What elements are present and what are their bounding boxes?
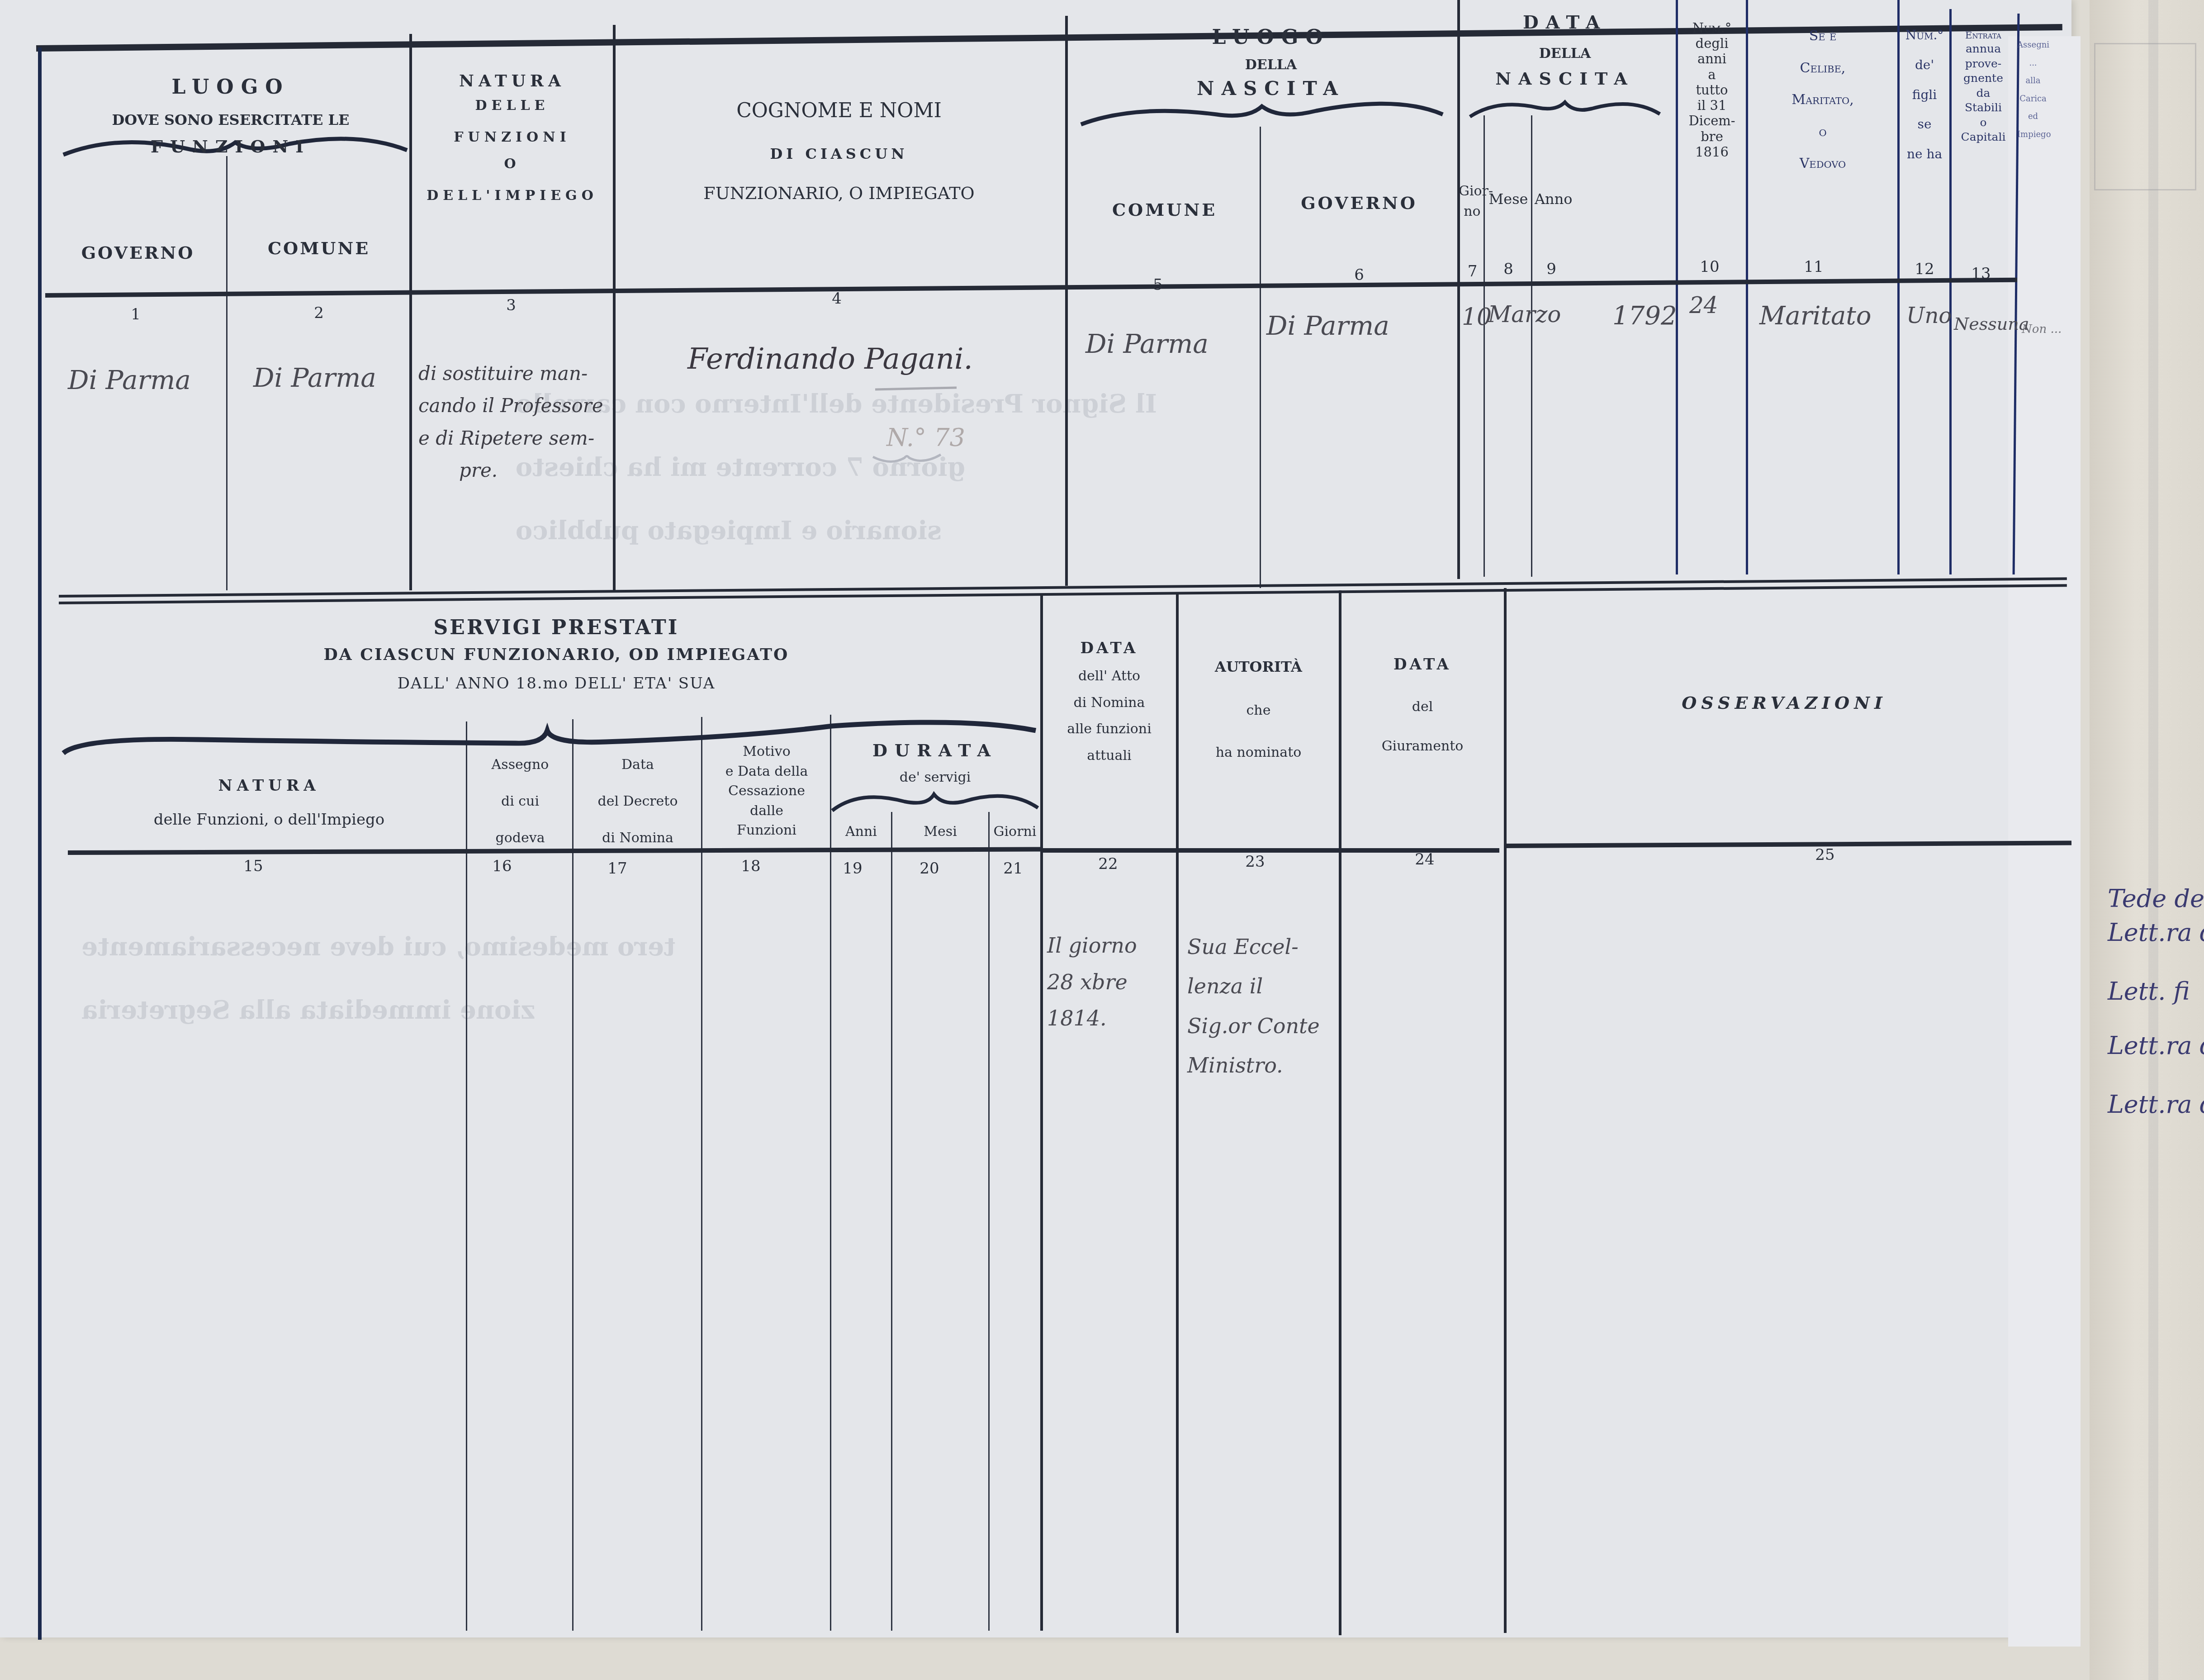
col-number: 24 bbox=[1407, 850, 1443, 868]
subcol-divider bbox=[988, 812, 990, 1631]
header-num-anni: Num.° degli anni a tutto il 31 Dicem- br… bbox=[1678, 20, 1746, 160]
header-line: Assegno bbox=[468, 746, 572, 783]
background-sheet bbox=[2090, 0, 2204, 1680]
header-natura-servigi: NATURA delle Funzioni, o dell'Impiego bbox=[72, 769, 466, 837]
header-line: no bbox=[1459, 201, 1486, 222]
entry-natura-funzioni: di sostituire man- cando il Professore e… bbox=[418, 357, 603, 487]
header-anni: Anni bbox=[831, 823, 891, 840]
col-number: 6 bbox=[1341, 266, 1377, 284]
header-line: Se è bbox=[1748, 20, 1897, 52]
header-line: Motivo bbox=[703, 742, 830, 762]
header-line: Num.° bbox=[1678, 20, 1746, 36]
header-line: dell' Atto bbox=[1043, 663, 1176, 690]
header-autorita: AUTORITÀ che ha nominato bbox=[1178, 645, 1339, 774]
entry-line: pre. bbox=[418, 454, 603, 486]
subcol-divider bbox=[701, 717, 702, 1631]
header-line: alle funzioni bbox=[1043, 716, 1176, 743]
col-number: 7 bbox=[1460, 262, 1485, 280]
header-line: degli bbox=[1678, 36, 1746, 51]
header-line: godeva bbox=[468, 820, 572, 856]
header-line: FUNZIONI bbox=[412, 126, 613, 149]
entry-entrata: Nessuna bbox=[1954, 312, 2029, 336]
header-line: Giuramento bbox=[1341, 726, 1504, 766]
col-divider bbox=[1504, 588, 1507, 1633]
header-line: dalle bbox=[703, 801, 830, 821]
header-line: O bbox=[412, 153, 613, 176]
subcol-divider bbox=[1260, 127, 1261, 588]
header-assegni-partial: Assegni ... alla Carica ed Impiego bbox=[2017, 36, 2049, 144]
header-line: DELLE bbox=[412, 95, 613, 117]
subcol-divider bbox=[466, 721, 467, 1631]
header-line: Celibe, bbox=[1748, 52, 1897, 85]
header-della-data: DELLA bbox=[1461, 45, 1669, 62]
header-line: Assegni bbox=[2017, 36, 2049, 54]
entry-cognome-nomi: Ferdinando Pagani. bbox=[687, 339, 973, 380]
header-line: COGNOME E NOMI bbox=[615, 86, 1063, 136]
col-number: 8 bbox=[1490, 260, 1526, 278]
lower-header-rule bbox=[1506, 840, 2071, 848]
col-number: 21 bbox=[995, 859, 1031, 878]
header-line: 1816 bbox=[1678, 144, 1746, 160]
header-line: Stabili bbox=[1952, 100, 2015, 115]
left-border bbox=[38, 47, 42, 1640]
header-line: ... bbox=[2017, 54, 2049, 72]
header-data-giuramento: DATA del Giuramento bbox=[1341, 642, 1504, 766]
header-line: Dicem- bbox=[1678, 113, 1746, 128]
entry-line: Ministro. bbox=[1187, 1046, 1320, 1085]
header-line: Cessazione bbox=[703, 781, 830, 801]
subcol-divider bbox=[891, 812, 892, 1631]
col-number: 15 bbox=[235, 857, 271, 875]
header-line: di Nomina bbox=[574, 820, 701, 856]
header-line: bre bbox=[1678, 129, 1746, 144]
bleed-through-text: sionario e Impiegato pubblico bbox=[516, 516, 942, 546]
header-stato-civile: Se è Celibe, Maritato, o Vedovo bbox=[1748, 20, 1897, 180]
bleed-through-text: zione immediata alla Segreteria bbox=[81, 995, 536, 1025]
header-osservazioni: OSSERVAZIONI bbox=[1506, 692, 2062, 714]
header-line: Carica bbox=[2017, 90, 2049, 108]
col-divider bbox=[1457, 0, 1460, 579]
col-number: 19 bbox=[834, 859, 871, 878]
header-governo-nascita: GOVERNO bbox=[1262, 192, 1456, 214]
header-luogo: LUOGO bbox=[68, 75, 393, 100]
subcol-divider bbox=[1531, 115, 1532, 577]
header-line: ne ha bbox=[1900, 139, 1949, 169]
col-number: 11 bbox=[1796, 258, 1832, 276]
header-line: gnente bbox=[1952, 71, 2015, 86]
col-number: 18 bbox=[733, 857, 769, 875]
entry-governo-nascita: Di Parma bbox=[1266, 308, 1389, 344]
header-line: AUTORITÀ bbox=[1178, 645, 1339, 689]
entry-autorita: Sua Eccel- lenza il Sig.or Conte Ministr… bbox=[1187, 927, 1320, 1086]
col-number: 4 bbox=[819, 289, 855, 308]
register-form: Il Signor Presidente dell'Interno con ca… bbox=[0, 0, 2071, 1637]
header-line: prove- bbox=[1952, 57, 2015, 71]
col-divider bbox=[1065, 16, 1068, 586]
entry-line: 1814. bbox=[1047, 1000, 1137, 1037]
header-de-servigi: de' servigi bbox=[832, 769, 1038, 786]
col-number: 20 bbox=[911, 859, 948, 878]
section-sub2-servigi: DALL' ANNO 18.mo DELL' ETA' SUA bbox=[72, 674, 1040, 693]
col-number: 12 bbox=[1906, 260, 1943, 278]
margin-note: Lett. fi bbox=[2108, 977, 2190, 1006]
header-line: anni bbox=[1678, 51, 1746, 66]
col-number: 25 bbox=[1807, 846, 1843, 864]
header-line: Data bbox=[574, 746, 701, 783]
header-data: DATA bbox=[1461, 11, 1669, 34]
header-motivo-cessazione: Motivo e Data della Cessazione dalle Fun… bbox=[703, 742, 830, 840]
header-line: Num.° bbox=[1900, 20, 1949, 50]
header-line: de' bbox=[1900, 50, 1949, 80]
header-luogo-sub: DOVE SONO ESERCITATE LE bbox=[68, 111, 393, 129]
ghost-underline bbox=[875, 387, 957, 391]
header-nascita-data: NASCITA bbox=[1461, 68, 1669, 90]
col-number: 16 bbox=[484, 857, 520, 875]
header-line: Maritato, bbox=[1748, 84, 1897, 116]
bleed-through-text: tero medesimo, cui deve necessariamente bbox=[81, 932, 676, 962]
col-number: 22 bbox=[1090, 855, 1126, 873]
brace-data-nascita bbox=[1470, 100, 1660, 120]
header-line: il 31 bbox=[1678, 98, 1746, 113]
header-line: del bbox=[1341, 687, 1504, 726]
entry-eta: 24 bbox=[1689, 289, 1718, 321]
col-number: 9 bbox=[1533, 260, 1569, 278]
header-assegno: Assegno di cui godeva bbox=[468, 746, 572, 856]
col-number: 1 bbox=[118, 305, 154, 323]
entry-anno-nascita: 1792 bbox=[1612, 299, 1677, 334]
entry-data-atto-nomina: Il giorno 28 xbre 1814. bbox=[1047, 927, 1137, 1037]
entry-giorno-nascita: 10 bbox=[1462, 301, 1492, 334]
background-ghost-frame bbox=[2094, 43, 2196, 190]
col-number: 3 bbox=[493, 296, 529, 314]
section-sub-servigi: DA CIASCUN FUNZIONARIO, OD IMPIEGATO bbox=[72, 645, 1040, 665]
entry-record-number: N.° 73 bbox=[886, 421, 965, 455]
header-line: che bbox=[1178, 689, 1339, 731]
header-giorno: Gior- no bbox=[1459, 181, 1486, 222]
header-line: di Nomina bbox=[1043, 690, 1176, 717]
header-line: se bbox=[1900, 109, 1949, 139]
entry-mese-nascita: Marzo bbox=[1488, 299, 1561, 330]
col-number: 2 bbox=[301, 304, 337, 322]
header-line: a bbox=[1678, 67, 1746, 82]
col-number: 13 bbox=[1963, 265, 1999, 283]
header-line: delle Funzioni, o dell'Impiego bbox=[72, 803, 466, 837]
header-comune: COMUNE bbox=[228, 237, 409, 259]
entry-stato-civile: Maritato bbox=[1759, 299, 1872, 334]
header-line: NATURA bbox=[72, 769, 466, 803]
entry-line: di sostituire man- bbox=[418, 357, 603, 389]
col-number: 23 bbox=[1237, 853, 1273, 871]
header-line: e Data della bbox=[703, 762, 830, 782]
header-line: tutto bbox=[1678, 82, 1746, 98]
header-line: o bbox=[1952, 115, 2015, 130]
header-line: o bbox=[1748, 116, 1897, 148]
header-durata: DURATA bbox=[832, 740, 1038, 761]
header-data-atto-nomina: DATA dell' Atto di Nomina alle funzioni … bbox=[1043, 633, 1176, 769]
header-bottom-rule bbox=[45, 278, 2017, 298]
header-line: Vedovo bbox=[1748, 148, 1897, 180]
record-number-flourish bbox=[873, 452, 941, 466]
entry-line: 28 xbre bbox=[1047, 964, 1137, 1001]
entry-comune-nascita: Di Parma bbox=[1085, 326, 1209, 362]
header-anno: Anno bbox=[1532, 190, 1679, 208]
header-line: annua bbox=[1952, 42, 2015, 57]
col-number: 10 bbox=[1692, 258, 1728, 276]
header-natura: NATURA DELLE FUNZIONI O DELL'IMPIEGO bbox=[412, 68, 613, 207]
header-della: DELLA bbox=[1095, 57, 1447, 74]
header-line: Impiego bbox=[2017, 126, 2049, 144]
background-fold bbox=[2148, 0, 2158, 1680]
header-funzioni: FUNZIONI bbox=[68, 136, 393, 157]
brace-luogo-nascita bbox=[1081, 102, 1443, 129]
header-line: FUNZIONARIO, O IMPIEGATO bbox=[615, 172, 1063, 215]
header-line: ed bbox=[2017, 108, 2049, 126]
header-line: di cui bbox=[468, 783, 572, 820]
header-line: DI CIASCUN bbox=[615, 136, 1063, 172]
entry-line: e di Ripetere sem- bbox=[418, 422, 603, 454]
header-mese: Mese bbox=[1486, 190, 1531, 208]
header-line: alla bbox=[2017, 72, 2049, 90]
entry-line: lenza il bbox=[1187, 967, 1320, 1006]
header-line: DATA bbox=[1341, 642, 1504, 687]
subcol-divider bbox=[226, 156, 228, 590]
header-giorni: Giorni bbox=[990, 823, 1040, 840]
header-nascita: NASCITA bbox=[1095, 77, 1447, 101]
entry-line: Sig.or Conte bbox=[1187, 1006, 1320, 1046]
header-line: da bbox=[1952, 86, 2015, 101]
brace-durata bbox=[832, 792, 1038, 814]
margin-note: Lett.ra de bbox=[2108, 918, 2204, 947]
header-line: Funzioni bbox=[703, 821, 830, 840]
header-line: Capitali bbox=[1952, 130, 2015, 145]
col-number: 17 bbox=[599, 859, 635, 878]
header-luogo-nascita: LUOGO bbox=[1095, 25, 1447, 50]
header-line: Gior- bbox=[1459, 181, 1486, 201]
entry-assegni-partial: Non ... bbox=[2022, 321, 2062, 337]
entry-line: Il giorno bbox=[1047, 927, 1137, 964]
header-governo: GOVERNO bbox=[50, 242, 226, 264]
header-comune-nascita: COMUNE bbox=[1070, 199, 1260, 221]
entry-num-figli: Uno bbox=[1906, 301, 1952, 331]
margin-note: Tede del bbox=[2108, 884, 2204, 913]
header-mesi: Mesi bbox=[892, 823, 988, 840]
entry-comune-funzioni: Di Parma bbox=[253, 360, 376, 396]
bleed-through-text: Il Signor Presidente dell'Interno con ca… bbox=[516, 389, 1157, 419]
header-cognome-nomi: COGNOME E NOMI DI CIASCUN FUNZIONARIO, O… bbox=[615, 86, 1063, 215]
header-line: figli bbox=[1900, 80, 1949, 110]
entry-line: Sua Eccel- bbox=[1187, 927, 1320, 967]
header-line: attuali bbox=[1043, 743, 1176, 769]
margin-note: Lett.ra di bbox=[2108, 1090, 2204, 1119]
header-num-figli: Num.° de' figli se ne ha bbox=[1900, 20, 1949, 169]
subcol-divider bbox=[572, 719, 574, 1631]
header-line: del Decreto bbox=[574, 783, 701, 820]
col-number: 5 bbox=[1140, 276, 1176, 294]
header-line: DELL'IMPIEGO bbox=[412, 185, 613, 207]
entry-governo-funzioni: Di Parma bbox=[68, 362, 191, 399]
header-data-decreto: Data del Decreto di Nomina bbox=[574, 746, 701, 856]
header-line: Entrata bbox=[1952, 29, 2015, 42]
entry-line: cando il Professore bbox=[418, 389, 603, 422]
margin-note: Lett.ra de bbox=[2108, 1031, 2204, 1060]
header-line: NATURA bbox=[412, 68, 613, 95]
header-line: DATA bbox=[1043, 633, 1176, 663]
header-entrata: Entrata annua prove- gnente da Stabili o… bbox=[1952, 29, 2015, 145]
header-line: ha nominato bbox=[1178, 731, 1339, 774]
section-title-servigi: SERVIGI PRESTATI bbox=[72, 615, 1040, 640]
